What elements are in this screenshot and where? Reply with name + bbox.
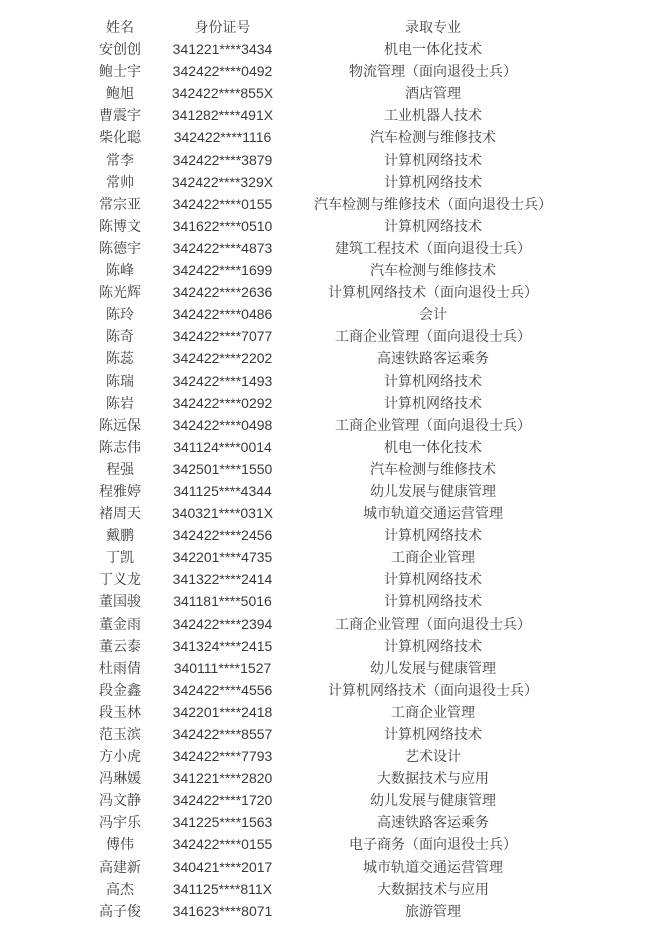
major-cell: 计算机网络技术	[280, 149, 586, 171]
major-cell: 计算机网络技术	[280, 370, 586, 392]
id-number-cell: 342422****0492	[165, 60, 280, 82]
id-number-cell: 341623****8071	[165, 900, 280, 922]
id-number-cell: 342422****2394	[165, 613, 280, 635]
id-number-cell: 341124****0014	[165, 436, 280, 458]
id-number-cell: 342422****855X	[165, 82, 280, 104]
table-row: 高杰341125****811X大数据技术与应用	[75, 878, 586, 900]
id-number-cell: 342422****3879	[165, 149, 280, 171]
major-cell: 计算机网络技术	[280, 171, 586, 193]
id-number-cell: 342422****7077	[165, 325, 280, 347]
name-cell: 丁凯	[75, 546, 165, 568]
major-cell: 工商企业管理（面向退役士兵）	[280, 613, 586, 635]
id-number-cell: 341225****1563	[165, 811, 280, 833]
id-number-cell: 342422****1720	[165, 789, 280, 811]
header-id-number: 身份证号	[165, 16, 280, 38]
name-cell: 程雅婷	[75, 480, 165, 502]
table-body: 安创创341221****3434机电一体化技术鲍士宇342422****049…	[75, 38, 586, 922]
table-row: 陈奇342422****7077工商企业管理（面向退役士兵）	[75, 325, 586, 347]
id-number-cell: 342422****0155	[165, 833, 280, 855]
major-cell: 计算机网络技术（面向退役士兵）	[280, 679, 586, 701]
name-cell: 安创创	[75, 38, 165, 60]
name-cell: 丁义龙	[75, 568, 165, 590]
major-cell: 城市轨道交通运营管理	[280, 856, 586, 878]
major-cell: 大数据技术与应用	[280, 767, 586, 789]
id-number-cell: 342422****329X	[165, 171, 280, 193]
id-number-cell: 342422****0155	[165, 193, 280, 215]
table-row: 戴鹏342422****2456计算机网络技术	[75, 524, 586, 546]
table-row: 陈远保342422****0498工商企业管理（面向退役士兵）	[75, 414, 586, 436]
table-row: 冯琳媛341221****2820大数据技术与应用	[75, 767, 586, 789]
major-cell: 计算机网络技术	[280, 635, 586, 657]
major-cell: 工商企业管理	[280, 546, 586, 568]
major-cell: 工商企业管理（面向退役士兵）	[280, 325, 586, 347]
table-row: 鲍士宇342422****0492物流管理（面向退役士兵）	[75, 60, 586, 82]
table-row: 陈德宇342422****4873建筑工程技术（面向退役士兵）	[75, 237, 586, 259]
id-number-cell: 342422****1699	[165, 259, 280, 281]
name-cell: 陈光辉	[75, 281, 165, 303]
id-number-cell: 342422****7793	[165, 745, 280, 767]
table-row: 常李342422****3879计算机网络技术	[75, 149, 586, 171]
table-row: 段金鑫342422****4556计算机网络技术（面向退役士兵）	[75, 679, 586, 701]
id-number-cell: 342422****2456	[165, 524, 280, 546]
name-cell: 高杰	[75, 878, 165, 900]
name-cell: 戴鹏	[75, 524, 165, 546]
id-number-cell: 342422****0292	[165, 392, 280, 414]
major-cell: 机电一体化技术	[280, 436, 586, 458]
table-row: 褚周天340321****031X城市轨道交通运营管理	[75, 502, 586, 524]
admission-list-page: 姓名 身份证号 录取专业 安创创341221****3434机电一体化技术鲍士宇…	[0, 16, 658, 922]
name-cell: 陈岩	[75, 392, 165, 414]
id-number-cell: 341181****5016	[165, 590, 280, 612]
name-cell: 常宗亚	[75, 193, 165, 215]
name-cell: 杜雨倩	[75, 657, 165, 679]
name-cell: 冯宇乐	[75, 811, 165, 833]
name-cell: 冯琳媛	[75, 767, 165, 789]
name-cell: 段金鑫	[75, 679, 165, 701]
table-row: 陈蕊342422****2202高速铁路客运乘务	[75, 347, 586, 369]
table-row: 方小虎342422****7793艺术设计	[75, 745, 586, 767]
name-cell: 曹震宇	[75, 104, 165, 126]
id-number-cell: 341221****3434	[165, 38, 280, 60]
name-cell: 陈峰	[75, 259, 165, 281]
major-cell: 工商企业管理（面向退役士兵）	[280, 414, 586, 436]
name-cell: 陈德宇	[75, 237, 165, 259]
id-number-cell: 342201****4735	[165, 546, 280, 568]
id-number-cell: 342422****0498	[165, 414, 280, 436]
header-name: 姓名	[75, 16, 165, 38]
table-row: 安创创341221****3434机电一体化技术	[75, 38, 586, 60]
table-row: 董国骏341181****5016计算机网络技术	[75, 590, 586, 612]
name-cell: 董云泰	[75, 635, 165, 657]
major-cell: 旅游管理	[280, 900, 586, 922]
id-number-cell: 342422****4873	[165, 237, 280, 259]
admission-table: 姓名 身份证号 录取专业 安创创341221****3434机电一体化技术鲍士宇…	[75, 16, 586, 922]
name-cell: 陈蕊	[75, 347, 165, 369]
id-number-cell: 341322****2414	[165, 568, 280, 590]
id-number-cell: 342422****1493	[165, 370, 280, 392]
table-row: 段玉林342201****2418工商企业管理	[75, 701, 586, 723]
table-row: 陈光辉342422****2636计算机网络技术（面向退役士兵）	[75, 281, 586, 303]
header-row: 姓名 身份证号 录取专业	[75, 16, 586, 38]
table-row: 常帅342422****329X计算机网络技术	[75, 171, 586, 193]
id-number-cell: 341125****4344	[165, 480, 280, 502]
name-cell: 常帅	[75, 171, 165, 193]
table-row: 董云泰341324****2415计算机网络技术	[75, 635, 586, 657]
name-cell: 陈博文	[75, 215, 165, 237]
major-cell: 建筑工程技术（面向退役士兵）	[280, 237, 586, 259]
table-row: 杜雨倩340111****1527幼儿发展与健康管理	[75, 657, 586, 679]
table-row: 程强342501****1550汽车检测与维修技术	[75, 458, 586, 480]
name-cell: 高建新	[75, 856, 165, 878]
name-cell: 傅伟	[75, 833, 165, 855]
table-row: 丁义龙341322****2414计算机网络技术	[75, 568, 586, 590]
table-row: 陈瑞342422****1493计算机网络技术	[75, 370, 586, 392]
major-cell: 城市轨道交通运营管理	[280, 502, 586, 524]
table-row: 董金雨342422****2394工商企业管理（面向退役士兵）	[75, 613, 586, 635]
id-number-cell: 342422****8557	[165, 723, 280, 745]
table-row: 曹震宇341282****491X工业机器人技术	[75, 104, 586, 126]
name-cell: 陈玲	[75, 303, 165, 325]
table-row: 柴化聪342422****1116汽车检测与维修技术	[75, 126, 586, 148]
name-cell: 董金雨	[75, 613, 165, 635]
name-cell: 程强	[75, 458, 165, 480]
id-number-cell: 341282****491X	[165, 104, 280, 126]
major-cell: 艺术设计	[280, 745, 586, 767]
major-cell: 工业机器人技术	[280, 104, 586, 126]
major-cell: 汽车检测与维修技术（面向退役士兵）	[280, 193, 586, 215]
name-cell: 董国骏	[75, 590, 165, 612]
table-row: 傅伟342422****0155电子商务（面向退役士兵）	[75, 833, 586, 855]
major-cell: 会计	[280, 303, 586, 325]
major-cell: 幼儿发展与健康管理	[280, 480, 586, 502]
id-number-cell: 342501****1550	[165, 458, 280, 480]
name-cell: 冯文静	[75, 789, 165, 811]
major-cell: 汽车检测与维修技术	[280, 126, 586, 148]
major-cell: 计算机网络技术	[280, 568, 586, 590]
header-admitted-major: 录取专业	[280, 16, 586, 38]
table-row: 冯宇乐341225****1563高速铁路客运乘务	[75, 811, 586, 833]
major-cell: 汽车检测与维修技术	[280, 458, 586, 480]
major-cell: 工商企业管理	[280, 701, 586, 723]
name-cell: 范玉滨	[75, 723, 165, 745]
name-cell: 鲍士宇	[75, 60, 165, 82]
id-number-cell: 340421****2017	[165, 856, 280, 878]
major-cell: 计算机网络技术	[280, 215, 586, 237]
table-row: 丁凯342201****4735工商企业管理	[75, 546, 586, 568]
name-cell: 陈瑞	[75, 370, 165, 392]
major-cell: 计算机网络技术	[280, 392, 586, 414]
major-cell: 酒店管理	[280, 82, 586, 104]
major-cell: 高速铁路客运乘务	[280, 811, 586, 833]
table-row: 陈岩342422****0292计算机网络技术	[75, 392, 586, 414]
table-row: 鲍旭342422****855X酒店管理	[75, 82, 586, 104]
name-cell: 陈奇	[75, 325, 165, 347]
major-cell: 大数据技术与应用	[280, 878, 586, 900]
name-cell: 鲍旭	[75, 82, 165, 104]
table-row: 陈志伟341124****0014机电一体化技术	[75, 436, 586, 458]
id-number-cell: 342422****2202	[165, 347, 280, 369]
id-number-cell: 341125****811X	[165, 878, 280, 900]
id-number-cell: 342422****0486	[165, 303, 280, 325]
major-cell: 幼儿发展与健康管理	[280, 657, 586, 679]
name-cell: 陈远保	[75, 414, 165, 436]
table-row: 高建新340421****2017城市轨道交通运营管理	[75, 856, 586, 878]
major-cell: 计算机网络技术（面向退役士兵）	[280, 281, 586, 303]
name-cell: 陈志伟	[75, 436, 165, 458]
table-row: 常宗亚342422****0155汽车检测与维修技术（面向退役士兵）	[75, 193, 586, 215]
id-number-cell: 341622****0510	[165, 215, 280, 237]
major-cell: 计算机网络技术	[280, 590, 586, 612]
id-number-cell: 342422****4556	[165, 679, 280, 701]
major-cell: 幼儿发展与健康管理	[280, 789, 586, 811]
name-cell: 段玉林	[75, 701, 165, 723]
table-row: 程雅婷341125****4344幼儿发展与健康管理	[75, 480, 586, 502]
id-number-cell: 341324****2415	[165, 635, 280, 657]
id-number-cell: 340111****1527	[165, 657, 280, 679]
major-cell: 机电一体化技术	[280, 38, 586, 60]
id-number-cell: 342201****2418	[165, 701, 280, 723]
major-cell: 高速铁路客运乘务	[280, 347, 586, 369]
name-cell: 褚周天	[75, 502, 165, 524]
name-cell: 柴化聪	[75, 126, 165, 148]
table-row: 陈峰342422****1699汽车检测与维修技术	[75, 259, 586, 281]
major-cell: 计算机网络技术	[280, 723, 586, 745]
table-row: 陈玲342422****0486会计	[75, 303, 586, 325]
major-cell: 物流管理（面向退役士兵）	[280, 60, 586, 82]
name-cell: 常李	[75, 149, 165, 171]
table-row: 冯文静342422****1720幼儿发展与健康管理	[75, 789, 586, 811]
table-row: 高子俊341623****8071旅游管理	[75, 900, 586, 922]
id-number-cell: 342422****2636	[165, 281, 280, 303]
id-number-cell: 340321****031X	[165, 502, 280, 524]
major-cell: 计算机网络技术	[280, 524, 586, 546]
table-row: 陈博文341622****0510计算机网络技术	[75, 215, 586, 237]
major-cell: 电子商务（面向退役士兵）	[280, 833, 586, 855]
major-cell: 汽车检测与维修技术	[280, 259, 586, 281]
id-number-cell: 341221****2820	[165, 767, 280, 789]
table-row: 范玉滨342422****8557计算机网络技术	[75, 723, 586, 745]
name-cell: 高子俊	[75, 900, 165, 922]
name-cell: 方小虎	[75, 745, 165, 767]
id-number-cell: 342422****1116	[165, 126, 280, 148]
